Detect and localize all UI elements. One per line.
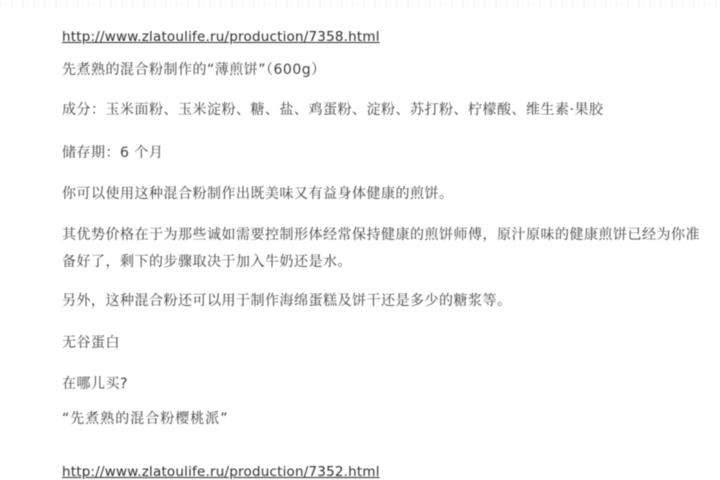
ingredients-line: 成分：玉米面粉、玉米淀粉、糖、盐、鸡蛋粉、淀粉、苏打粉、柠檬酸、维生素·果胶 [62, 97, 700, 124]
gluten-free-note: 无谷蛋白 [62, 330, 700, 357]
product-url-link-top[interactable]: http://www.zlatoulife.ru/production/7358… [62, 24, 380, 51]
document-page: http://www.zlatoulife.ru/production/7358… [0, 0, 720, 480]
paragraph-benefit: 其优势价格在于为那些诚如需要控制形体经常保持健康的煎饼师傅，原汁原味的健康煎饼已… [62, 222, 700, 276]
where-to-buy-line: 在哪儿买? [62, 371, 700, 398]
cutoff-text-artifact [0, 0, 720, 7]
paragraph-other-uses: 另外，这种混合粉还可以用于制作海绵蛋糕及饼干还是多少的糖浆等。 [62, 288, 700, 315]
top-link-row: http://www.zlatoulife.ru/production/7358… [62, 24, 700, 51]
quoted-product-name: “先煮熟的混合粉樱桃派” [62, 406, 700, 433]
bottom-link-row: http://www.zlatoulife.ru/production/7352… [62, 459, 700, 480]
product-url-link-bottom[interactable]: http://www.zlatoulife.ru/production/7352… [62, 459, 380, 480]
shelf-life-line: 储存期：6 个月 [62, 140, 700, 167]
product-title: 先煮熟的混合粉制作的“薄煎饼”（600g） [62, 57, 700, 84]
paragraph-usage: 你可以使用这种混合粉制作出既美味又有益身体健康的煎饼。 [62, 181, 700, 208]
